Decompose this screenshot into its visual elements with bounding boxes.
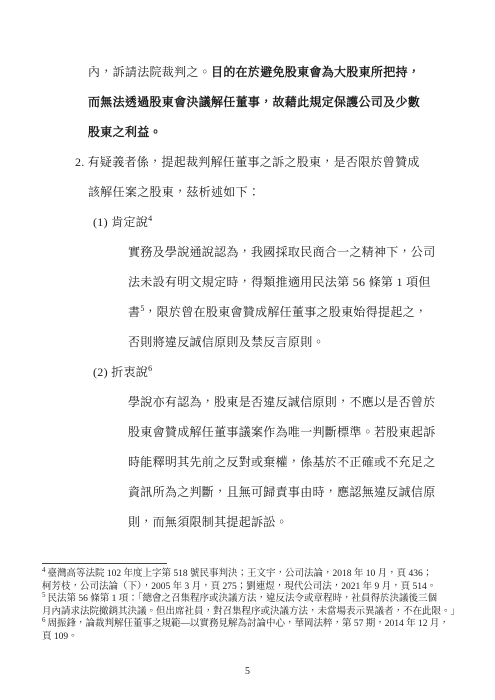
paragraph-text: 學說亦有認為，股東是否違反誠信原則，不應以是否曾於 股東會贊成解任董事議案作為唯… bbox=[128, 395, 436, 529]
footnote-area: 4臺灣高等法院 102 年度上字第 518 號民事判決；王文宇，公司法論，201… bbox=[42, 563, 485, 643]
page-number: 5 bbox=[0, 666, 495, 678]
numbered-item-text: 有疑義者係，提起裁判解任董事之訴之股東，是否限於曾贊成 該解任案之股東，茲析述如… bbox=[88, 155, 420, 199]
footnote-6: 6周振鋒，論裁判解任董事之規範—以實務見解為討論中心，華岡法粹，第 57 期，2… bbox=[42, 618, 485, 643]
footnote-ref-4: 4 bbox=[148, 214, 152, 223]
subheading-label: (2) 折衷說 bbox=[93, 365, 148, 379]
footnote-separator bbox=[42, 563, 167, 564]
list-number: 2. bbox=[75, 155, 88, 169]
paragraph-compromise-view: 學說亦有認為，股東是否違反誠信原則，不應以是否曾於 股東會贊成解任董事議案作為唯… bbox=[128, 387, 495, 537]
body-text: 內，訴請法院裁判之。目的在於避免股東會為大股東所把持， 而無法透過股東會決議解任… bbox=[0, 57, 495, 537]
paragraph-affirmative-view: 實務及學說通說認為，我國採取民商合一之精神下，公司 法未設有明文規定時，得類推適… bbox=[128, 237, 495, 357]
footnote-text: 臺灣高等法院 102 年度上字第 518 號民事判決；王文宇，公司法論，2018… bbox=[42, 569, 436, 592]
footnote-number: 5 bbox=[42, 591, 46, 599]
footnote-number: 4 bbox=[42, 566, 46, 574]
footnote-ref-6: 6 bbox=[148, 364, 152, 373]
footnote-5: 5民法第 56 條第 1 項：「總會之召集程序或決議方法，違反法令或章程時，社員… bbox=[42, 593, 485, 618]
paragraph-text: ，限於曾在股東會贊成解任董事之股東始得提起之， 否則將違反誠信原則及禁反言原則。 bbox=[128, 305, 427, 349]
paragraph-regular-text: 內，訴請法院裁判之。 bbox=[88, 65, 211, 79]
footnote-text: 周振鋒，論裁判解任董事之規範—以實務見解為討論中心，華岡法粹，第 57 期，20… bbox=[42, 619, 449, 642]
subheading-compromise-view: (2) 折衷說6 bbox=[93, 357, 495, 387]
footnote-4: 4臺灣高等法院 102 年度上字第 518 號民事判決；王文宇，公司法論，201… bbox=[42, 568, 485, 593]
footnote-number: 6 bbox=[42, 616, 46, 624]
numbered-item-2: 2.有疑義者係，提起裁判解任董事之訴之股東，是否限於曾贊成 該解任案之股東，茲析… bbox=[75, 147, 495, 207]
subheading-label: (1) 肯定說 bbox=[93, 215, 148, 229]
paragraph-continuation: 內，訴請法院裁判之。目的在於避免股東會為大股東所把持， 而無法透過股東會決議解任… bbox=[88, 57, 495, 147]
subheading-affirmative-view: (1) 肯定說4 bbox=[93, 207, 495, 237]
document-page: 內，訴請法院裁判之。目的在於避免股東會為大股東所把持， 而無法透過股東會決議解任… bbox=[0, 0, 495, 700]
footnote-text: 民法第 56 條第 1 項：「總會之召集程序或決議方法，違反法令或章程時，社員得… bbox=[42, 594, 460, 617]
